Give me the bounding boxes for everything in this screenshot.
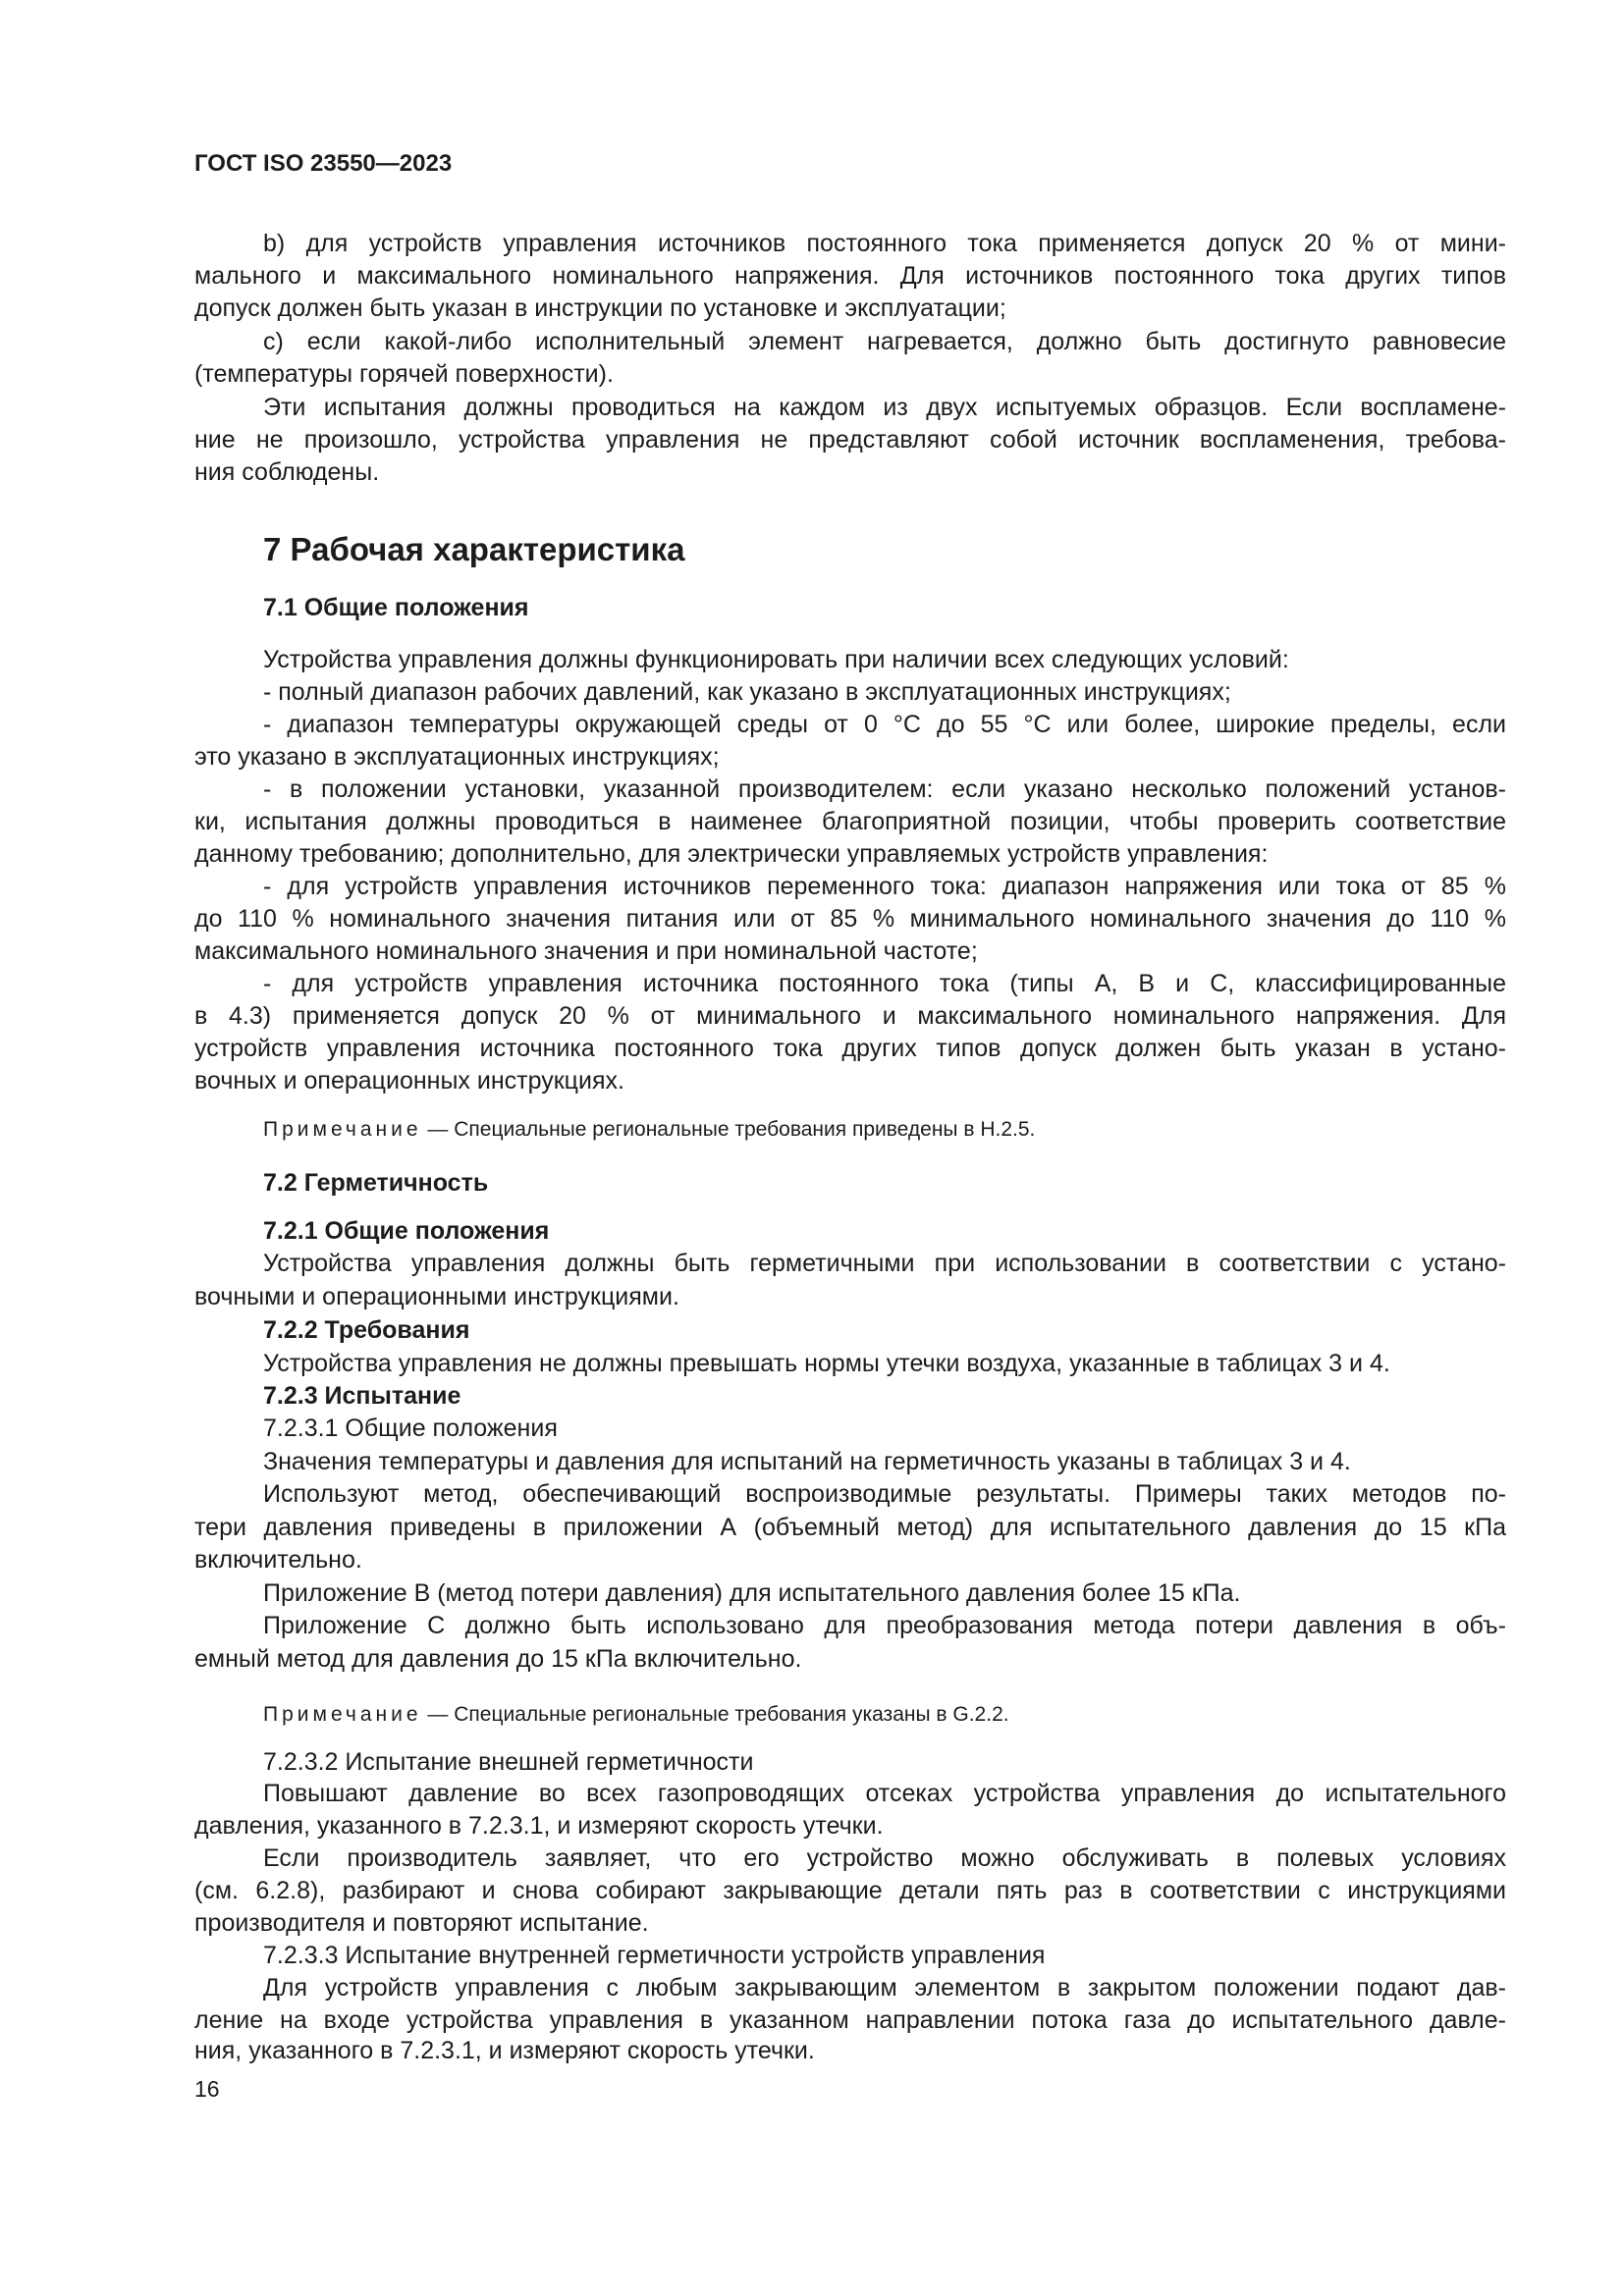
paragraph-line: b) для устройств управления источников п… [263, 229, 1506, 258]
paragraph-line: ния, указанного в 7.2.3.1, и измеряют ск… [194, 2036, 1506, 2065]
note: Примечание — Специальные региональные тр… [263, 1700, 1506, 1730]
paragraph-line: Повышают давление во всех газопроводящих… [263, 1779, 1506, 1808]
paragraph-line: включительно. [194, 1545, 1506, 1575]
paragraph-line: Для устройств управления с любым закрыва… [263, 1973, 1506, 2002]
list-item-line: это указано в эксплуатационных инструкци… [194, 742, 1506, 772]
list-item-line: вочных и операционных инструкциях. [194, 1066, 1506, 1095]
note-text: — Специальные региональные требования пр… [422, 1118, 1036, 1141]
subsection-heading: 7.1 Общие положения [263, 593, 1506, 622]
paragraph-line: производителя и повторяют испытание. [194, 1908, 1506, 1938]
paragraph-line: Устройства управления должны быть гермет… [263, 1249, 1506, 1278]
paragraph-line: Приложение С должно быть использовано дл… [263, 1611, 1506, 1640]
paragraph-line: Устройства управления не должны превышат… [263, 1349, 1506, 1378]
list-item-line: ки, испытания должны проводиться в наиме… [194, 807, 1506, 836]
list-item-line: до 110 % номинального значения питания и… [194, 904, 1506, 934]
list-item-line: - для устройств управления источника пос… [263, 969, 1506, 998]
document-header: ГОСТ ISO 23550—2023 [194, 149, 1506, 179]
subclause-heading: 7.2.3.3 Испытание внутренней герметичнос… [263, 1941, 1506, 1970]
clause-heading: 7.2.2 Требования [263, 1315, 1506, 1345]
section-heading: 7 Рабочая характеристика [263, 530, 1506, 569]
paragraph-line: (температуры горячей поверхности). [194, 359, 1506, 389]
clause-heading: 7.2.1 Общие положения [263, 1216, 1506, 1246]
paragraph-line: давления, указанного в 7.2.3.1, и измеря… [194, 1811, 1506, 1841]
list-item-line: устройств управления источника постоянно… [194, 1034, 1506, 1063]
paragraph-line: Значения температуры и давления для испы… [263, 1447, 1506, 1476]
paragraph-line: Эти испытания должны проводиться на кажд… [263, 393, 1506, 422]
clause-heading: 7.2.3 Испытание [263, 1381, 1506, 1411]
note-label: Примечание [263, 1703, 422, 1726]
list-item-line: - в положении установки, указанной произ… [263, 774, 1506, 804]
paragraph-line: емный метод для давления до 15 кПа включ… [194, 1644, 1506, 1674]
subclause-heading: 7.2.3.2 Испытание внешней герметичности [263, 1747, 1506, 1777]
paragraph-line: Если производитель заявляет, что его уст… [263, 1843, 1506, 1873]
note-text: — Специальные региональные требования ук… [422, 1703, 1009, 1726]
subsection-heading: 7.2 Герметичность [263, 1168, 1506, 1198]
note-label: Примечание [263, 1118, 422, 1141]
paragraph-line: Устройства управления должны функциониро… [263, 645, 1506, 674]
paragraph-line: Используют метод, обеспечивающий воспрои… [263, 1479, 1506, 1509]
list-item-line: - для устройств управления источников пе… [263, 872, 1506, 901]
list-item-line: - полный диапазон рабочих давлений, как … [263, 677, 1506, 707]
list-item-line: - диапазон температуры окружающей среды … [263, 710, 1506, 739]
paragraph-line: c) если какой-либо исполнительный элемен… [263, 327, 1506, 356]
paragraph-line: ние не произошло, устройства управления … [194, 425, 1506, 454]
note: Примечание — Специальные региональные тр… [263, 1115, 1506, 1145]
page-number: 16 [194, 2074, 1506, 2104]
paragraph-line: ление на входе устройства управления в у… [194, 2005, 1506, 2035]
subclause-heading: 7.2.3.1 Общие положения [263, 1414, 1506, 1443]
paragraph-line: допуск должен быть указан в инструкции п… [194, 294, 1506, 323]
paragraph-line: тери давления приведены в приложении А (… [194, 1513, 1506, 1542]
paragraph-line: ния соблюдены. [194, 457, 1506, 487]
paragraph-line: вочными и операционными инструкциями. [194, 1282, 1506, 1311]
paragraph-line: Приложение В (метод потери давления) для… [263, 1578, 1506, 1608]
list-item-line: в 4.3) применяется допуск 20 % от минима… [194, 1001, 1506, 1031]
paragraph-line: мального и максимального номинального на… [194, 261, 1506, 291]
paragraph-line: (см. 6.2.8), разбирают и снова собирают … [194, 1876, 1506, 1905]
list-item-line: максимального номинального значения и пр… [194, 936, 1506, 966]
list-item-line: данному требованию; дополнительно, для э… [194, 839, 1506, 869]
